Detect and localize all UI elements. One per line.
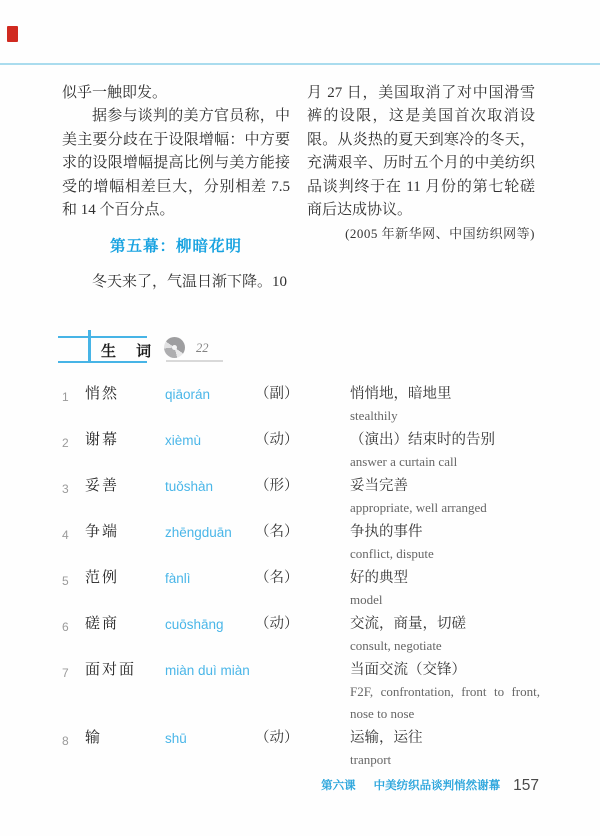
vocab-definition: 好的典型 model	[350, 567, 540, 611]
definition-chinese: 妥当完善	[350, 475, 540, 497]
vocab-definition: 争执的事件 conflict, dispute	[350, 521, 540, 565]
vocab-number: 3	[62, 475, 85, 519]
vocab-word: 磋商	[85, 613, 165, 657]
definition-english: stealthily	[350, 405, 540, 427]
vocab-number: 4	[62, 521, 85, 565]
paragraph-continued: 月 27 日，美国取消了对中国滑雪裤的设限，这是美国首次取消设限。从炎热的夏天到…	[307, 82, 535, 222]
vocab-word: 悄然	[85, 383, 165, 427]
vocab-pinyin: fànlì	[165, 567, 255, 611]
act-heading: 第五幕：柳暗花明	[62, 235, 290, 258]
textbook-page: 似乎一触即发。 据参与谈判的美方官员称，中美主要分歧在于设限增幅：中方要求的设限…	[0, 0, 600, 836]
vocab-word: 谢幕	[85, 429, 165, 473]
paragraph-start: 冬天来了，气温日渐下降。10	[62, 271, 290, 294]
vocab-pos: （名）	[255, 521, 350, 565]
vocab-pinyin: shū	[165, 727, 255, 771]
vocab-section-title: 生 词	[101, 340, 151, 361]
vocab-row: 4 争端 zhēngduān （名） 争执的事件 conflict, dispu…	[62, 521, 540, 565]
vocab-definition: 交流，商量，切磋 consult, negotiate	[350, 613, 540, 657]
vocab-definition: 当面交流（交锋） F2F, confrontation, front to fr…	[350, 659, 540, 725]
vocab-definition: （演出）结束时的告别 answer a curtain call	[350, 429, 540, 473]
paragraph: 据参与谈判的美方官员称，中美主要分歧在于设限增幅：中方要求的设限增幅提高比例与美…	[62, 105, 290, 222]
definition-english: tranport	[350, 749, 540, 771]
definition-english: appropriate, well arranged	[350, 497, 540, 519]
definition-chinese: 运输，运往	[350, 727, 540, 749]
definition-chinese: 交流，商量，切磋	[350, 613, 540, 635]
vocab-number: 1	[62, 383, 85, 427]
vocab-row: 5 范例 fànlì （名） 好的典型 model	[62, 567, 540, 611]
vocab-definition: 悄悄地，暗地里 stealthily	[350, 383, 540, 427]
header-bottom-line	[58, 361, 147, 363]
definition-chinese: 悄悄地，暗地里	[350, 383, 540, 405]
audio-underline	[166, 360, 223, 362]
vocab-pinyin: zhēngduān	[165, 521, 255, 565]
vocab-pos: （形）	[255, 475, 350, 519]
vocab-pos: （名）	[255, 567, 350, 611]
source-citation: (2005 年新华网、中国纺织网等)	[307, 222, 535, 245]
vocab-word: 争端	[85, 521, 165, 565]
vocab-word: 范例	[85, 567, 165, 611]
header-vertical-bar	[88, 330, 91, 363]
vocab-number: 6	[62, 613, 85, 657]
vocab-number: 7	[62, 659, 85, 725]
cd-disc-icon	[164, 337, 185, 358]
vocab-number: 2	[62, 429, 85, 473]
vocab-pinyin: tuǒshàn	[165, 475, 255, 519]
vocab-pos	[255, 659, 350, 725]
vocab-row: 6 磋商 cuōshāng （动） 交流，商量，切磋 consult, nego…	[62, 613, 540, 657]
vocab-pos: （副）	[255, 383, 350, 427]
vocab-pinyin: cuōshāng	[165, 613, 255, 657]
paragraph-end: 似乎一触即发。	[62, 82, 290, 105]
vocab-row: 7 面对面 miàn duì miàn 当面交流（交锋） F2F, confro…	[62, 659, 540, 725]
definition-english: F2F, confrontation, front to front, nose…	[350, 681, 540, 725]
vocab-word: 输	[85, 727, 165, 771]
vocab-row: 2 谢幕 xièmù （动） （演出）结束时的告别 answer a curta…	[62, 429, 540, 473]
top-rule-divider	[0, 63, 600, 65]
audio-track-number: 22	[196, 341, 209, 356]
vocab-pos: （动）	[255, 727, 350, 771]
vocab-number: 8	[62, 727, 85, 771]
footer-lesson-label: 第六课	[321, 780, 356, 792]
chapter-edge-tab	[7, 26, 18, 42]
definition-english: answer a curtain call	[350, 451, 540, 473]
vocab-pinyin: xièmù	[165, 429, 255, 473]
vocab-word: 面对面	[85, 659, 165, 725]
vocab-list: 1 悄然 qiāorán （副） 悄悄地，暗地里 stealthily 2 谢幕…	[62, 383, 540, 773]
vocab-pos: （动）	[255, 613, 350, 657]
vocab-row: 3 妥善 tuǒshàn （形） 妥当完善 appropriate, well …	[62, 475, 540, 519]
article-right-column: 月 27 日，美国取消了对中国滑雪裤的设限，这是美国首次取消设限。从炎热的夏天到…	[307, 82, 535, 246]
vocab-definition: 运输，运往 tranport	[350, 727, 540, 771]
definition-english: model	[350, 589, 540, 611]
vocab-pinyin: miàn duì miàn	[165, 659, 255, 725]
footer-lesson-title: 中美纺织品谈判悄然谢幕	[374, 780, 501, 792]
page-number: 157	[513, 777, 539, 794]
page-footer: 第六课 中美纺织品谈判悄然谢幕 157	[0, 776, 539, 795]
vocab-pinyin: qiāorán	[165, 383, 255, 427]
vocab-word: 妥善	[85, 475, 165, 519]
definition-english: consult, negotiate	[350, 635, 540, 657]
vocab-number: 5	[62, 567, 85, 611]
vocab-definition: 妥当完善 appropriate, well arranged	[350, 475, 540, 519]
vocab-row: 1 悄然 qiāorán （副） 悄悄地，暗地里 stealthily	[62, 383, 540, 427]
vocab-row: 8 输 shū （动） 运输，运往 tranport	[62, 727, 540, 771]
definition-chinese: （演出）结束时的告别	[350, 429, 540, 451]
definition-english: conflict, dispute	[350, 543, 540, 565]
definition-chinese: 争执的事件	[350, 521, 540, 543]
article-left-column: 似乎一触即发。 据参与谈判的美方官员称，中美主要分歧在于设限增幅：中方要求的设限…	[62, 82, 290, 294]
header-top-line	[58, 336, 147, 338]
vocab-pos: （动）	[255, 429, 350, 473]
definition-chinese: 好的典型	[350, 567, 540, 589]
definition-chinese: 当面交流（交锋）	[350, 659, 540, 681]
